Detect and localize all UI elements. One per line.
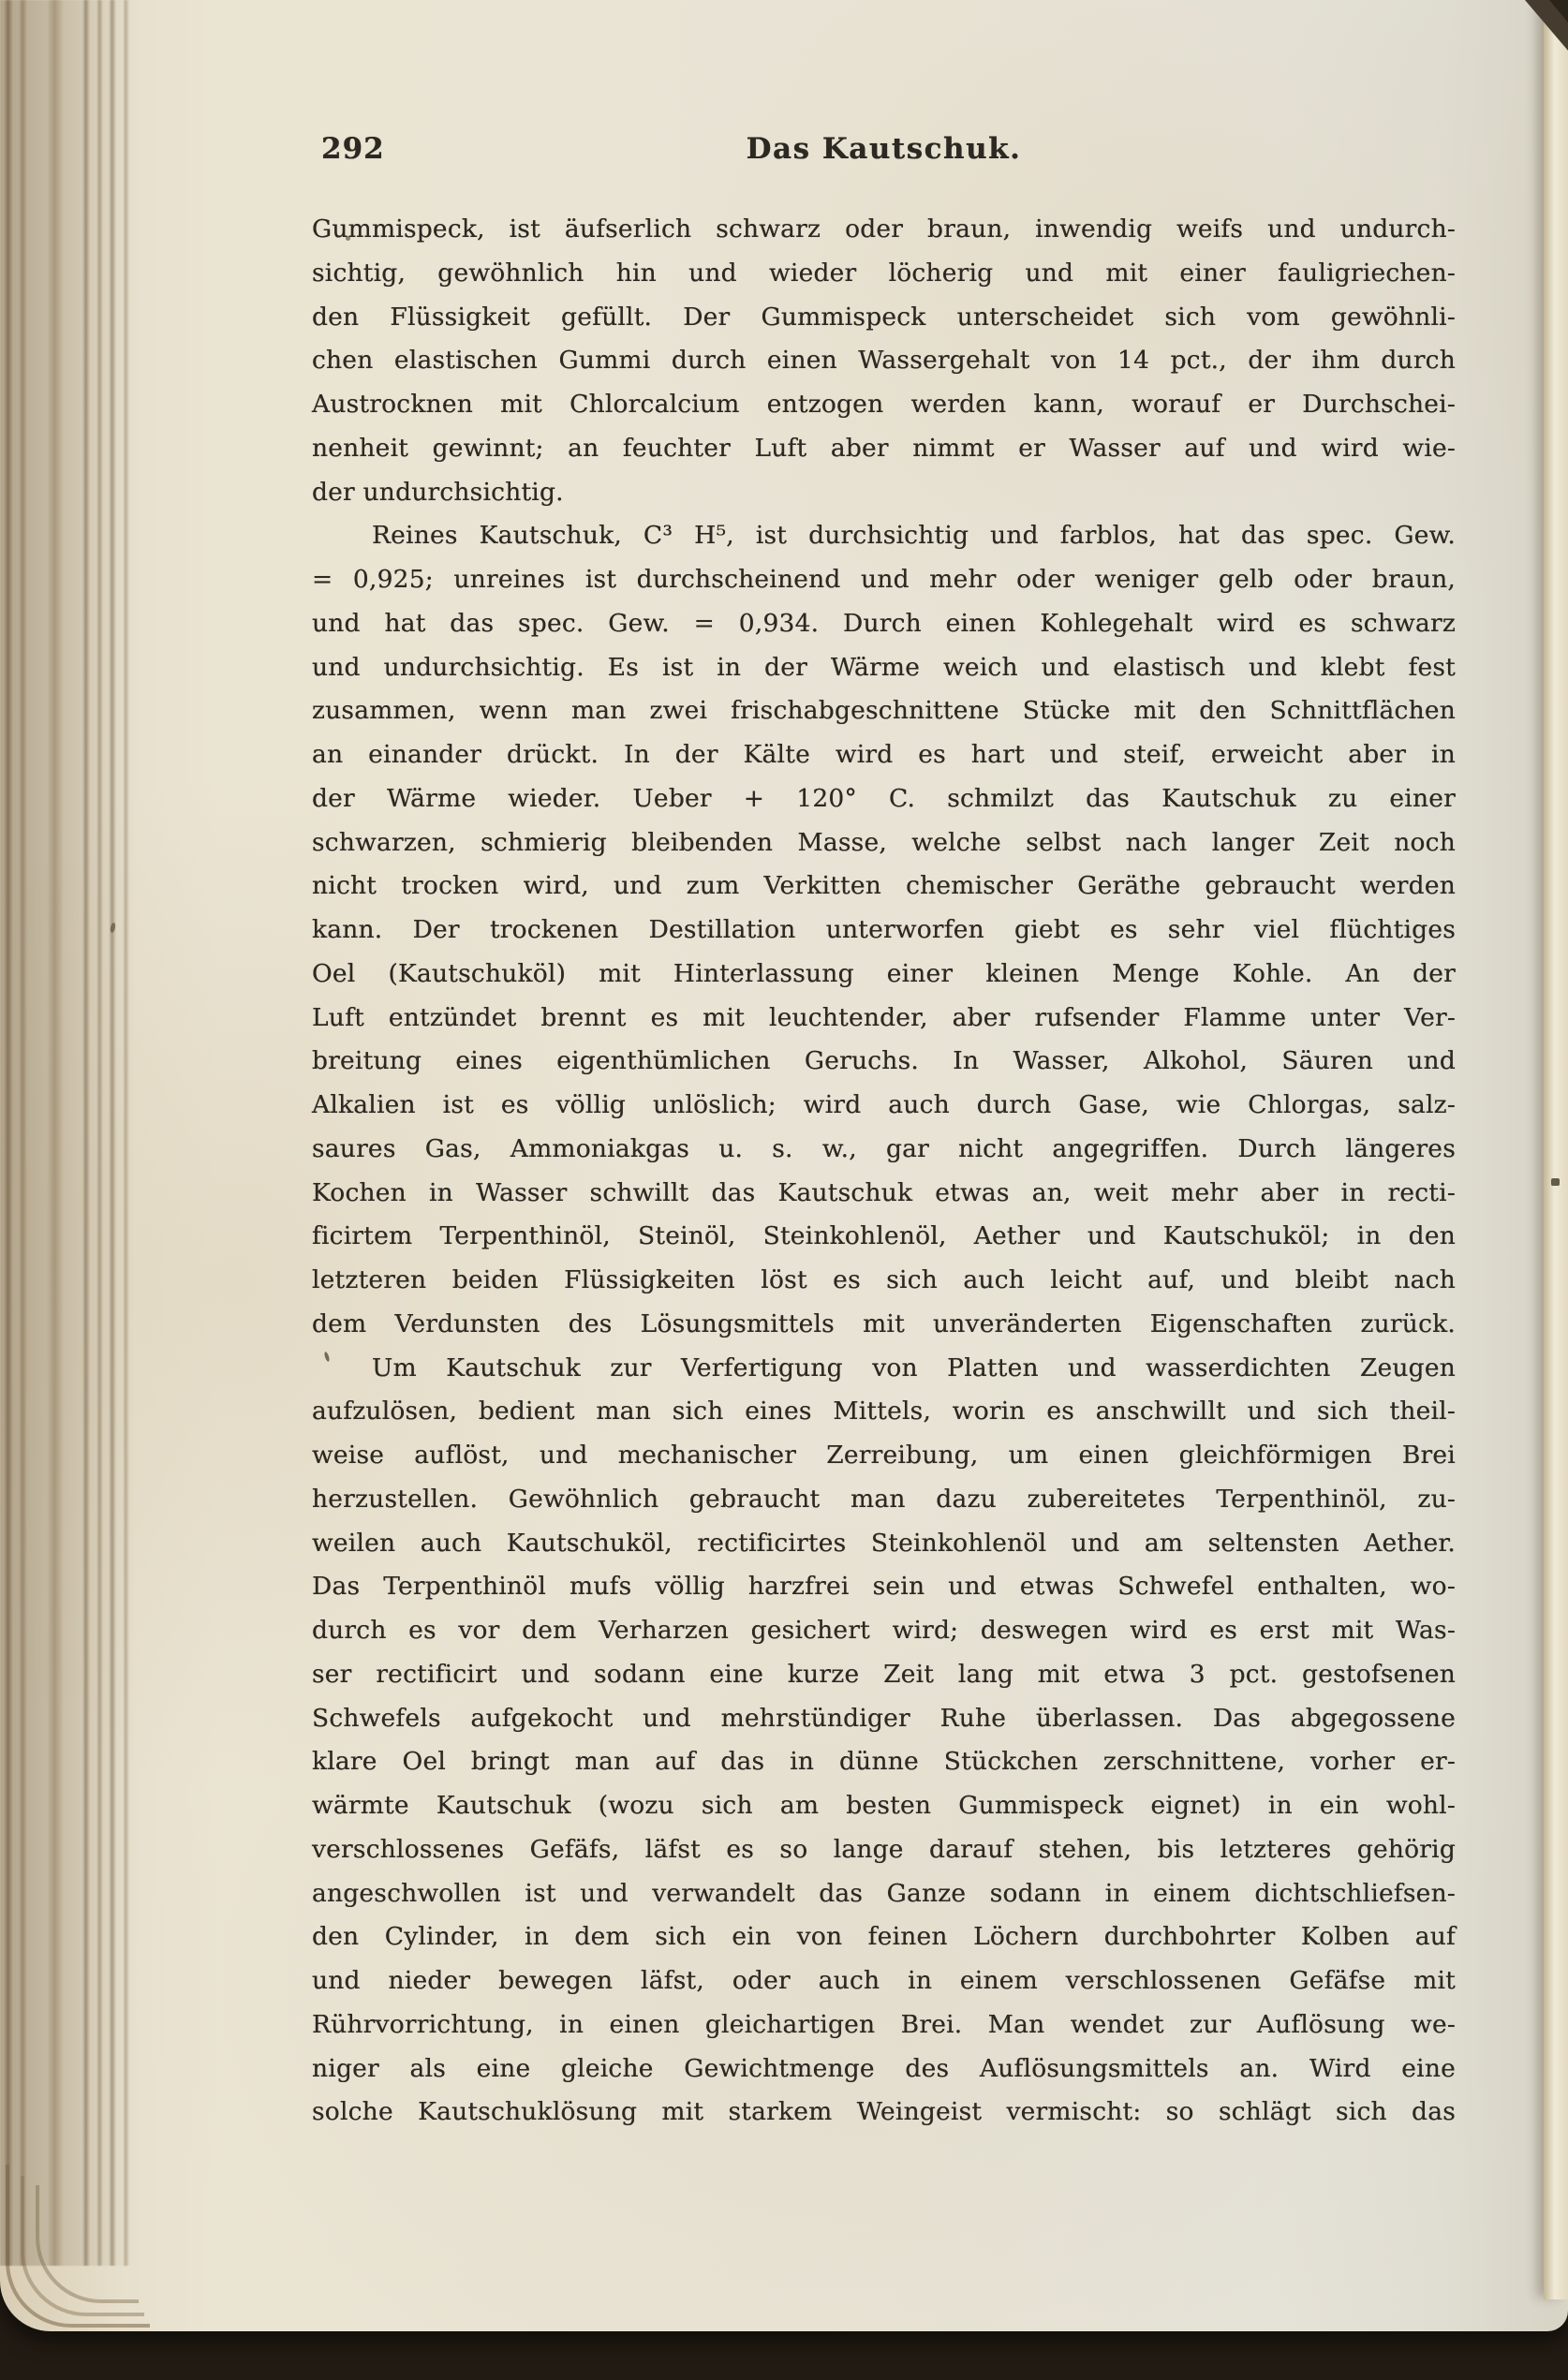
body-text: Gummispeck, ist äufserlich schwarz oder … xyxy=(312,208,1456,2135)
text-line-42: Rührvorrichtung, in einen gleichartigen … xyxy=(312,2003,1456,2047)
text-line-4: chen elastischen Gummi durch einen Wasse… xyxy=(312,339,1456,383)
text-line-17: kann. Der trockenen Destillation unterwo… xyxy=(312,909,1456,953)
text-line-29: weise auflöst, und mechanischer Zerreibu… xyxy=(312,1434,1456,1478)
text-line-2: sichtig, gewöhnlich hin und wieder löche… xyxy=(312,252,1456,296)
text-line-27: Um Kautschuk zur Verfertigung von Platte… xyxy=(312,1347,1456,1391)
text-line-11: und undurchsichtig. Es ist in der Wärme … xyxy=(312,646,1456,690)
book-binding-edges xyxy=(0,0,159,2266)
text-line-25: letzteren beiden Flüssigkeiten löst es s… xyxy=(312,1259,1456,1303)
text-line-26: dem Verdunsten des Lösungsmittels mit un… xyxy=(312,1303,1456,1347)
text-line-41: und nieder bewegen läfst, oder auch in e… xyxy=(312,1959,1456,2003)
book-page: 292 Das Kautschuk. Gummispeck, ist äufse… xyxy=(0,0,1568,2331)
ink-speck xyxy=(1551,1178,1560,1186)
text-line-14: der Wärme wieder. Ueber + 120° C. schmil… xyxy=(312,777,1456,821)
text-line-28: aufzulösen, bedient man sich eines Mitte… xyxy=(312,1390,1456,1434)
text-line-6: nenheit gewinnt; an feuchter Luft aber n… xyxy=(312,427,1456,471)
text-line-44: solche Kautschuklösung mit starkem Weing… xyxy=(312,2091,1456,2135)
text-line-15: schwarzen, schmierig bleibenden Masse, w… xyxy=(312,821,1456,865)
text-line-5: Austrocknen mit Chlorcalcium entzogen we… xyxy=(312,383,1456,427)
text-line-16: nicht trocken wird, und zum Verkitten ch… xyxy=(312,865,1456,909)
scanned-book-page: { "document": { "page_number": "292", "r… xyxy=(0,0,1568,2380)
running-title: Das Kautschuk. xyxy=(312,132,1456,166)
text-line-20: breitung eines eigenthümlichen Geruchs. … xyxy=(312,1040,1456,1084)
text-line-8: Reines Kautschuk, C³ H⁵, ist durchsichti… xyxy=(312,514,1456,558)
text-line-23: Kochen in Wasser schwillt das Kautschuk … xyxy=(312,1172,1456,1216)
text-line-3: den Flüssigkeit gefüllt. Der Gummispeck … xyxy=(312,296,1456,340)
text-line-7: der undurchsichtig. xyxy=(312,471,1456,515)
text-line-22: saures Gas, Ammoniakgas u. s. w., gar ni… xyxy=(312,1128,1456,1172)
text-line-18: Oel (Kautschuköl) mit Hinterlassung eine… xyxy=(312,953,1456,997)
text-line-43: niger als eine gleiche Gewichtmenge des … xyxy=(312,2047,1456,2092)
text-line-24: ficirtem Terpenthinöl, Steinöl, Steinkoh… xyxy=(312,1215,1456,1259)
text-line-38: verschlossenes Gefäfs, läfst es so lange… xyxy=(312,1828,1456,1872)
text-line-9: = 0,925; unreines ist durchscheinend und… xyxy=(312,558,1456,602)
text-line-10: und hat das spec. Gew. = 0,934. Durch ei… xyxy=(312,602,1456,646)
text-line-19: Luft entzündet brennt es mit leuchtender… xyxy=(312,997,1456,1041)
text-line-13: an einander drückt. In der Kälte wird es… xyxy=(312,733,1456,777)
text-line-32: Das Terpenthinöl mufs völlig harzfrei se… xyxy=(312,1565,1456,1609)
adjacent-page-edge xyxy=(1544,0,1568,2299)
text-line-1: Gummispeck, ist äufserlich schwarz oder … xyxy=(312,208,1456,252)
text-line-21: Alkalien ist es völlig unlöslich; wird a… xyxy=(312,1084,1456,1128)
text-line-33: durch es vor dem Verharzen gesichert wir… xyxy=(312,1609,1456,1653)
text-line-36: klare Oel bringt man auf das in dünne St… xyxy=(312,1740,1456,1784)
text-line-12: zusammen, wenn man zwei frischabgeschnit… xyxy=(312,689,1456,733)
text-line-31: weilen auch Kautschuköl, rectificirtes S… xyxy=(312,1522,1456,1566)
text-line-35: Schwefels aufgekocht und mehrstündiger R… xyxy=(312,1697,1456,1741)
text-line-34: ser rectificirt und sodann eine kurze Ze… xyxy=(312,1653,1456,1697)
text-line-30: herzustellen. Gewöhnlich gebraucht man d… xyxy=(312,1478,1456,1522)
page-header: 292 Das Kautschuk. xyxy=(312,132,1456,177)
text-line-39: angeschwollen ist und verwandelt das Gan… xyxy=(312,1872,1456,1916)
text-line-37: wärmte Kautschuk (wozu sich am besten Gu… xyxy=(312,1784,1456,1828)
text-line-40: den Cylinder, in dem sich ein von feinen… xyxy=(312,1915,1456,1959)
